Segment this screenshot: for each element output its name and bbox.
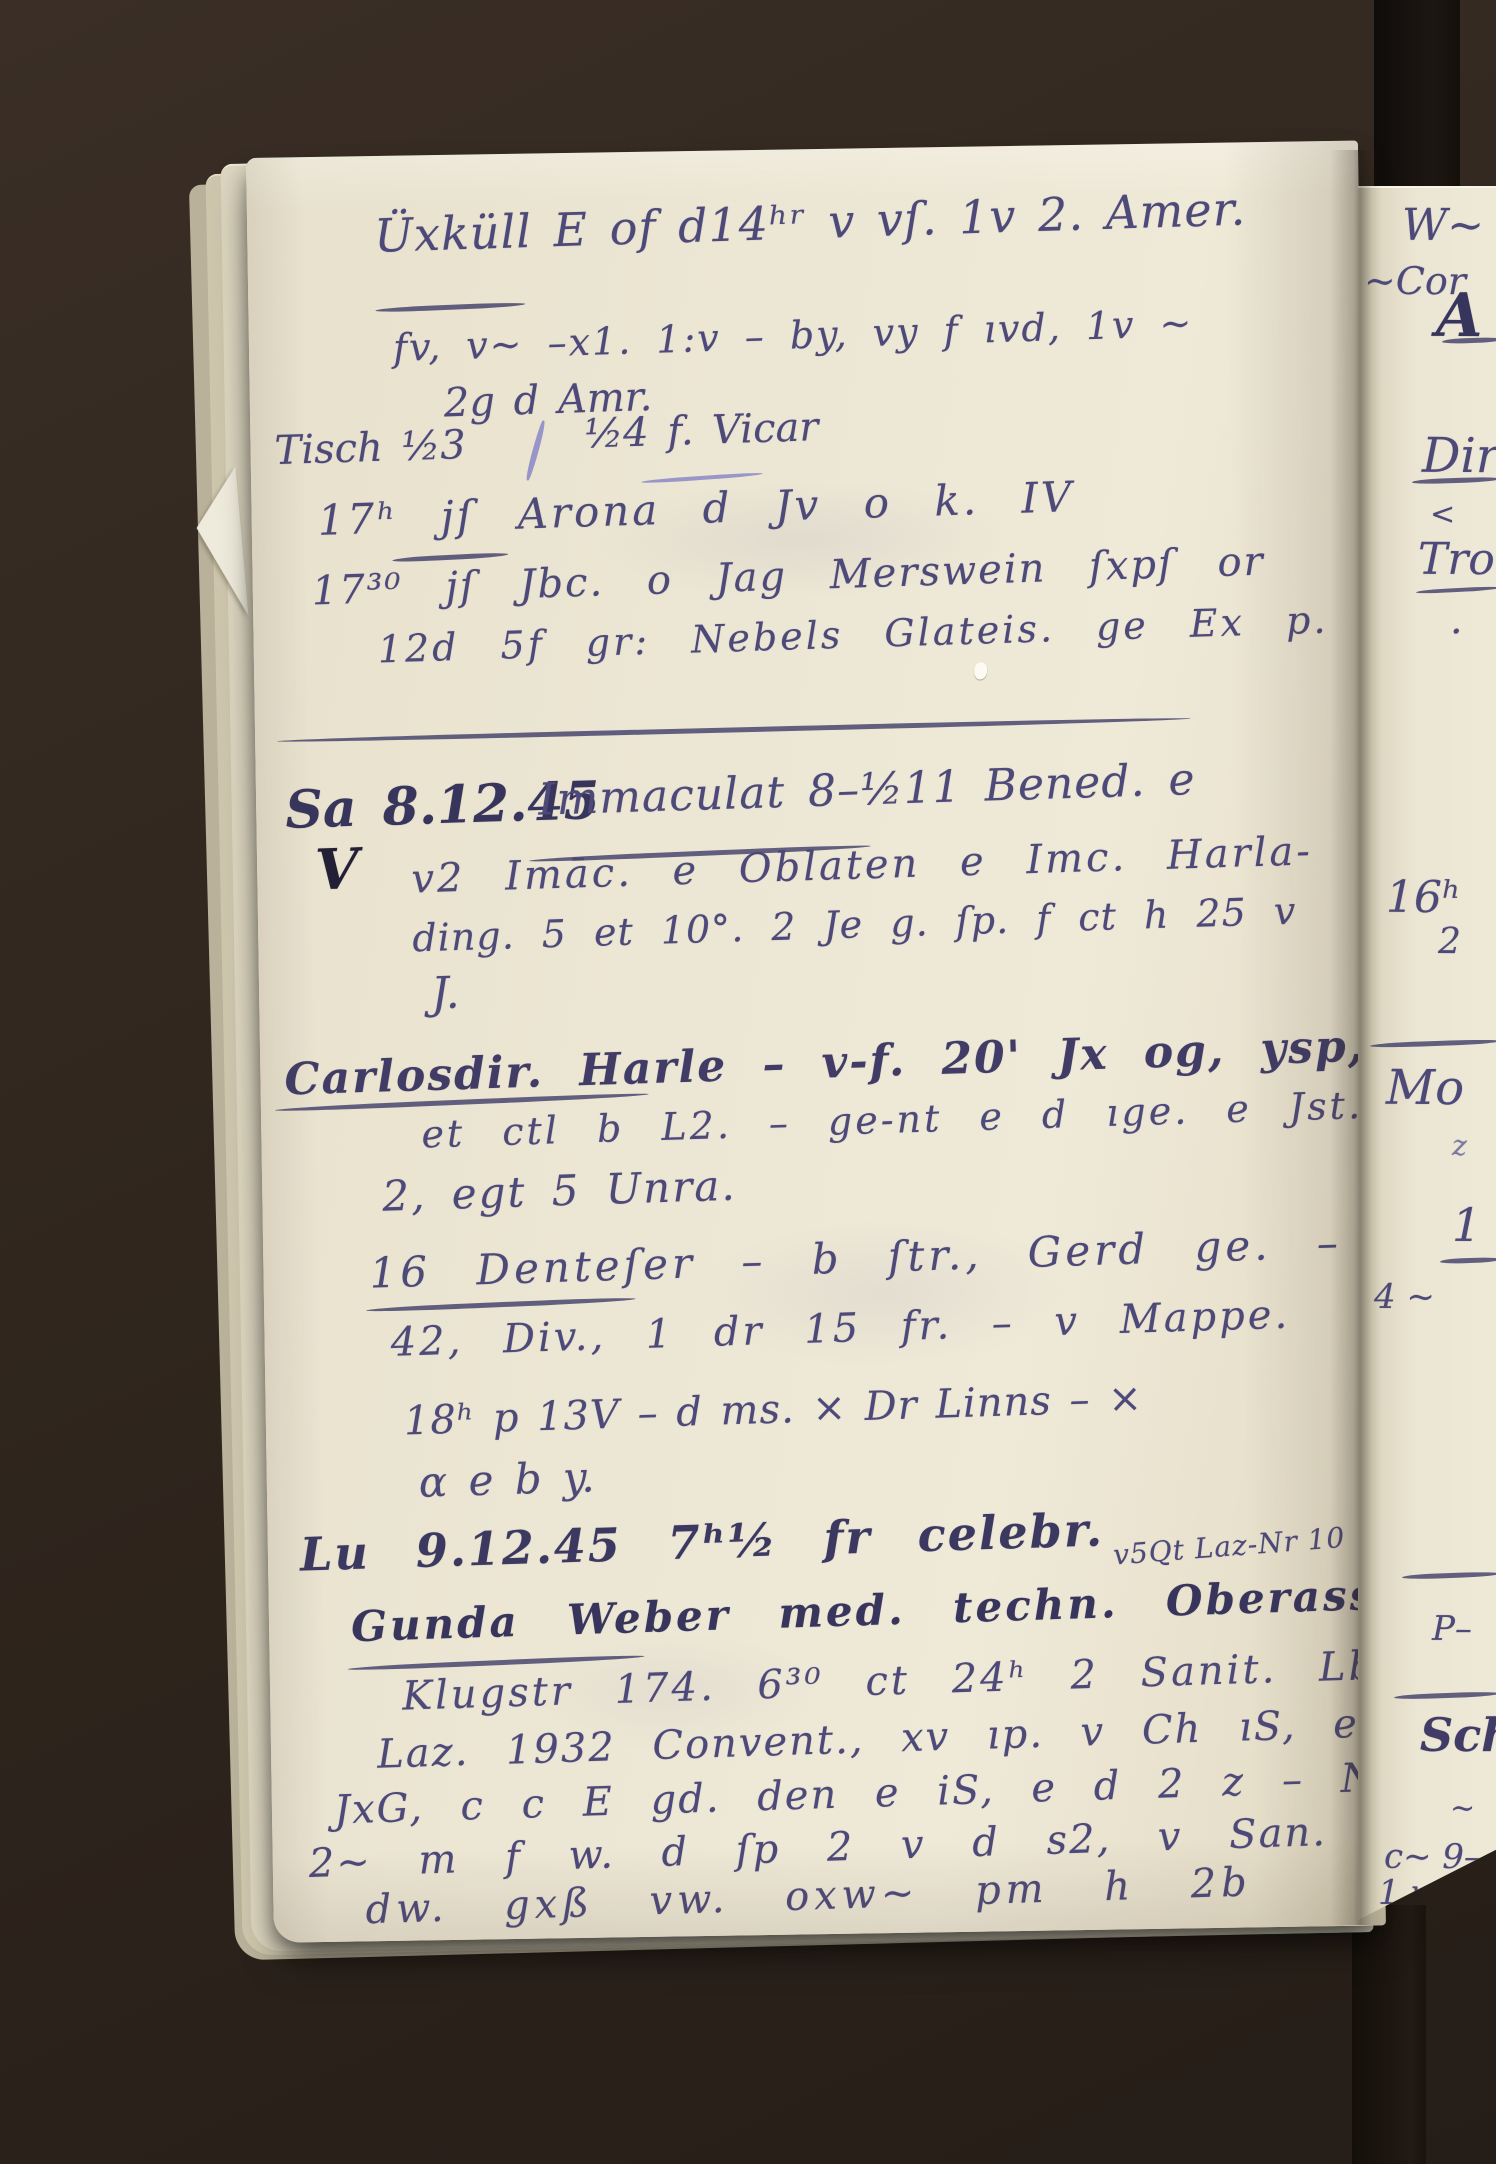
- underline-stroke: [1416, 586, 1496, 594]
- handwriting-line: W~: [1402, 204, 1484, 248]
- handwriting-line: 16 Denteſer – b ſtr., Gerd ge. – Dr: [369, 1219, 1450, 1295]
- handwriting-line: ding. 5 et 10°. 2 Je g. ſp. f ct h 25 v: [412, 892, 1297, 958]
- handwriting-line: Sch: [1420, 1712, 1496, 1758]
- left-page-handwriting: Üxküll E of d14ʰʳ v vſ. 1v 2. Amer.fv, v…: [246, 141, 1386, 1943]
- handwriting-line: v5Qt Laz-Nr 10: [1112, 1524, 1346, 1570]
- handwriting-line: Mo: [1386, 1064, 1464, 1112]
- right-page-handwriting: W~~CorADir<Trou·16ʰ2Moz14 ~P–Sch~c~ 9–1 …: [1358, 188, 1496, 1920]
- handwriting-line: Üxküll E of d14ʰʳ v vſ. 1v 2. Amer.: [374, 185, 1247, 258]
- underline-stroke: [1440, 1257, 1496, 1264]
- handwriting-line: 17ʰ jſ Arona d Jv o k. IV: [317, 476, 1075, 542]
- handwriting-line: v2 Imāc. e Oblaten e Imc. Harla-: [411, 831, 1314, 899]
- handwriting-line: P–: [1432, 1612, 1472, 1646]
- handwriting-line: Gunda Weber med. techn. Oberassistentin: [351, 1568, 1496, 1649]
- handwriting-line: 2, egt 5 Unra.: [382, 1165, 738, 1218]
- ink-slash-mark: [525, 420, 547, 481]
- handwriting-line: 18ʰ p 13V – d ms. × Dr Linns – ×: [403, 1378, 1143, 1441]
- handwriting-line: 2: [1438, 924, 1461, 960]
- handwriting-line: 12d 5f gr: Nebels Glateis. ge Ex p.: [377, 601, 1329, 669]
- section-divider-rule: [277, 716, 1191, 743]
- book-cover-edge: [1374, 0, 1460, 196]
- handwriting-line: Immaculat 8–½11 Bened. e: [537, 758, 1196, 823]
- handwriting-line: 1: [1452, 1202, 1482, 1248]
- handwriting-line: z: [1452, 1132, 1467, 1160]
- handwriting-line: J.: [430, 972, 460, 1017]
- handwriting-line: Tisch ½3: [274, 425, 466, 471]
- handwriting-line: α e b y.: [418, 1456, 595, 1503]
- handwriting-line: ·: [1450, 612, 1463, 652]
- handwriting-line: Lu 9.12.45 7ʰ½ fr celebr.: [299, 1506, 1104, 1577]
- entry-divider-rule: [1394, 1691, 1496, 1700]
- handwriting-line: <: [1430, 500, 1455, 530]
- check-mark: V: [314, 841, 359, 898]
- notebook-right-page: W~~CorADir<Trou·16ʰ2Moz14 ~P–Sch~c~ 9–1 …: [1358, 186, 1496, 1920]
- handwriting-line: ½4 f. Vicar: [584, 407, 819, 454]
- handwriting-line: Trou: [1418, 538, 1496, 583]
- notebook-left-page: Üxküll E of d14ʰʳ v vſ. 1v 2. Amer.fv, v…: [246, 141, 1386, 1943]
- entry-divider-rule: [1370, 1039, 1496, 1049]
- underline-stroke: [392, 552, 508, 563]
- underline-stroke: [366, 1296, 636, 1312]
- entry-divider-rule: [1402, 1571, 1496, 1579]
- handwriting-line: 4 ~: [1374, 1280, 1435, 1314]
- handwriting-line: 16ʰ: [1386, 876, 1461, 920]
- handwriting-line: Dir: [1422, 432, 1496, 480]
- handwriting-line: 17³⁰ jſ Jbc. o Jag Merswein ſxpſ or: [311, 542, 1265, 612]
- handwriting-line: ~: [1450, 1794, 1475, 1824]
- underline-stroke: [375, 302, 525, 313]
- book-cover-edge: [1352, 1905, 1426, 2164]
- handwriting-line: fv, v~ –x1. 1:v – by, vy f ıvd, 1v ~: [392, 304, 1193, 367]
- handwriting-line: c~ 9–: [1384, 1840, 1481, 1875]
